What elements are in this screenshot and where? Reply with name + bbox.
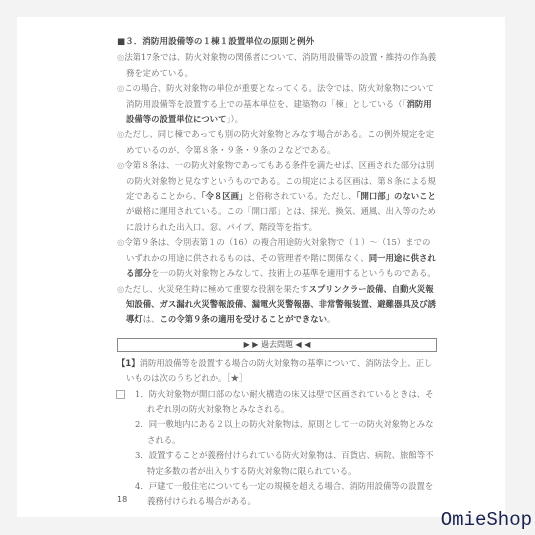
page-number: 18 (117, 495, 127, 504)
section-heading: ■３．消防用設備等の１棟１設置単位の原則と例外 (117, 35, 437, 50)
page-content: ■３．消防用設備等の１棟１設置単位の原則と例外 ◎法第17条では、防火対象物の関… (117, 35, 437, 510)
section-paragraphs: ◎法第17条では、防火対象物の関係者について、消防用設備等の設置・維持の作為義務… (117, 50, 437, 327)
answer-option-2: 2．同一敷地内にある２以上の防火対象物は、原則として一の防火対象物とみなされる。 (117, 417, 437, 448)
paragraph: ◎ただし、同じ棟であっても別の防火対象物とみなす場合がある。この例外規定を定めて… (117, 127, 437, 158)
question-number: 【1】 (117, 358, 140, 368)
question-text: 消防用設備等を設置する場合の防火対象物の基準について、消防法令上、正しいものは次… (126, 358, 432, 383)
paragraph: ◎令第８条は、一の防火対象物であってもある条件を満たせば、区画された部分は別の防… (117, 158, 437, 235)
past-questions-banner: ▶ ▶ 過去問題 ◀ ◀ (117, 338, 437, 352)
answer-option-3: 3．設置することが義務付けられている防火対象物は、百貨店、病院、旅館等不特定多数… (117, 448, 437, 479)
answer-options: 1．防火対象物が開口部のない耐火構造の床又は壁で区画されているときは、それぞれ別… (117, 387, 437, 510)
shop-watermark: OmieShop (441, 509, 532, 531)
answer-option-4: 4．戸建て一般住宅についても一定の規模を超える場合、消防用設備等の設置を義務付け… (117, 479, 437, 510)
question: 【1】消防用設備等を設置する場合の防火対象物の基準について、消防法令上、正しいも… (117, 356, 437, 387)
book-page: ■３．消防用設備等の１棟１設置単位の原則と例外 ◎法第17条では、防火対象物の関… (17, 17, 505, 517)
emphasis: 「令８区画」 (201, 191, 247, 201)
answer-option-1: 1．防火対象物が開口部のない耐火構造の床又は壁で区画されているときは、それぞれ別… (117, 387, 437, 418)
paragraph: ◎令第９条は、令別表第１の（16）の複合用途防火対象物で（１）～（15）までのい… (117, 235, 437, 281)
paragraph: ◎ただし、火災発生時に極めて重要な役割を果たすスプリンクラー設備、自動火災報知設… (117, 282, 437, 328)
emphasis: この令第９条の適用を受けることができない (160, 314, 328, 324)
emphasis: 「開口部」のないこと (356, 191, 436, 201)
paragraph: ◎この場合、防火対象物の単位が重要となってくる。法令では、防火対象物について消防… (117, 81, 437, 127)
answer-checkbox[interactable] (116, 390, 125, 399)
paragraph: ◎法第17条では、防火対象物の関係者について、消防用設備等の設置・維持の作為義務… (117, 50, 437, 81)
